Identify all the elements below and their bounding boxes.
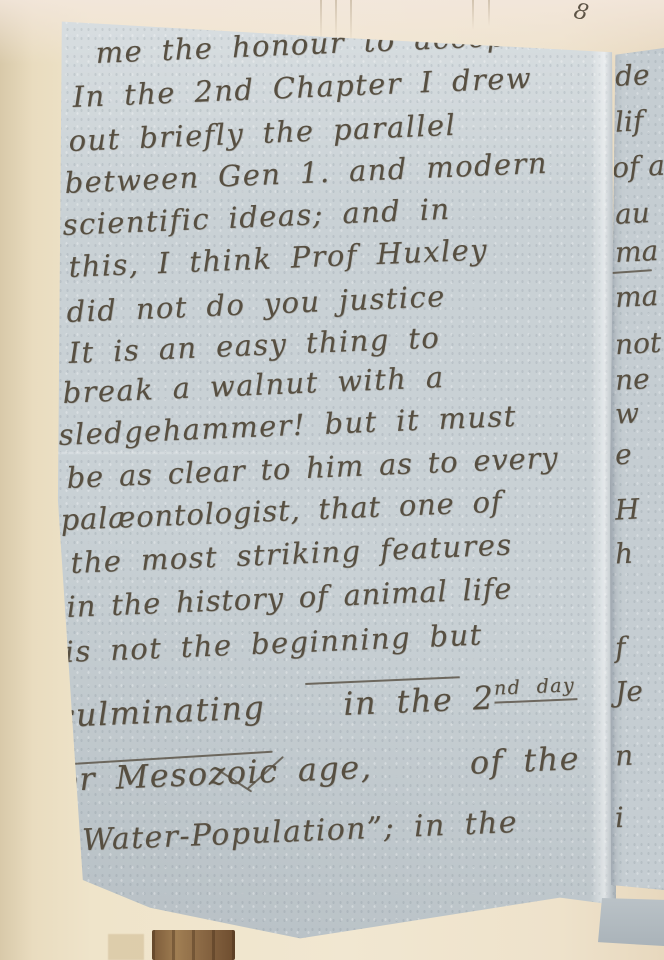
underline-stroke bbox=[612, 269, 652, 274]
paper-crease bbox=[488, 0, 490, 26]
handwritten-fragment: h bbox=[614, 540, 633, 569]
handwritten-line: did not do you justice bbox=[66, 281, 446, 327]
paper-crease bbox=[320, 0, 322, 42]
handwritten-fragment: i bbox=[614, 804, 624, 832]
handwritten-fragment: ma bbox=[614, 237, 659, 267]
letter-photograph: 8 me the honour to accept. In the 2nd Ch… bbox=[0, 0, 664, 960]
paper-crease bbox=[472, 0, 474, 30]
handwritten-fragment: ne bbox=[614, 365, 650, 395]
handwritten-fragment: au bbox=[614, 199, 650, 229]
handwritten-fragment: lif bbox=[614, 107, 644, 136]
paper-crease bbox=[335, 0, 337, 40]
handwritten-line: In the 2nd Chapter I drew bbox=[72, 63, 533, 113]
handwritten-line-prefix: culminating in the 2 bbox=[56, 679, 495, 735]
handwritten-fragment: f bbox=[614, 634, 626, 663]
handwritten-fragment: Je bbox=[614, 677, 643, 706]
adjacent-page: de lif of a au ma ma not ne w e H h f Je… bbox=[610, 48, 664, 890]
handwritten-line: palæontologist, that one of bbox=[60, 486, 503, 535]
handwritten-fragment: not bbox=[614, 329, 662, 359]
handwritten-fragment: of a bbox=[611, 152, 664, 183]
handwritten-fragment: ma bbox=[614, 282, 659, 312]
handwritten-fragment: e bbox=[614, 441, 632, 470]
pen-mark: 8 bbox=[572, 1, 591, 26]
page-edge-shadow bbox=[350, 27, 612, 41]
handwritten-line: between Gen 1. and modern bbox=[64, 148, 548, 199]
handwritten-line: or Mesozoic age, of the bbox=[58, 742, 581, 797]
wooden-edge bbox=[152, 930, 235, 960]
handwritten-line: out briefly the parallel bbox=[68, 110, 457, 157]
handwritten-line: scientific ideas; and in bbox=[62, 194, 451, 241]
paper-scrap bbox=[598, 898, 664, 946]
paper-crease bbox=[350, 0, 352, 44]
handwritten-fragment: n bbox=[614, 742, 633, 771]
table-surface-band bbox=[108, 934, 144, 960]
handwritten-line: culminating in the 2nd day bbox=[56, 678, 578, 733]
handwritten-line: the most striking features bbox=[70, 529, 513, 578]
handwritten-line: this, I think Prof Huxley bbox=[68, 234, 489, 282]
handwritten-line: “Water-Population”; in the bbox=[64, 807, 519, 857]
handwritten-fragment: de bbox=[614, 61, 650, 91]
handwritten-line: is not the beginning but bbox=[64, 619, 483, 667]
handwritten-line: break a walnut with a bbox=[62, 362, 445, 408]
handwritten-line: me the honour to accept. bbox=[95, 20, 531, 69]
handwritten-fragment: w bbox=[614, 399, 639, 428]
handwritten-fragment: H bbox=[614, 495, 640, 524]
superscript-notation: nd day bbox=[494, 674, 578, 703]
letter-page: me the honour to accept. In the 2nd Chap… bbox=[50, 16, 616, 944]
handwritten-line: sledgehammer! but it must bbox=[58, 401, 517, 451]
handwritten-line: in the history of animal life bbox=[66, 573, 513, 622]
